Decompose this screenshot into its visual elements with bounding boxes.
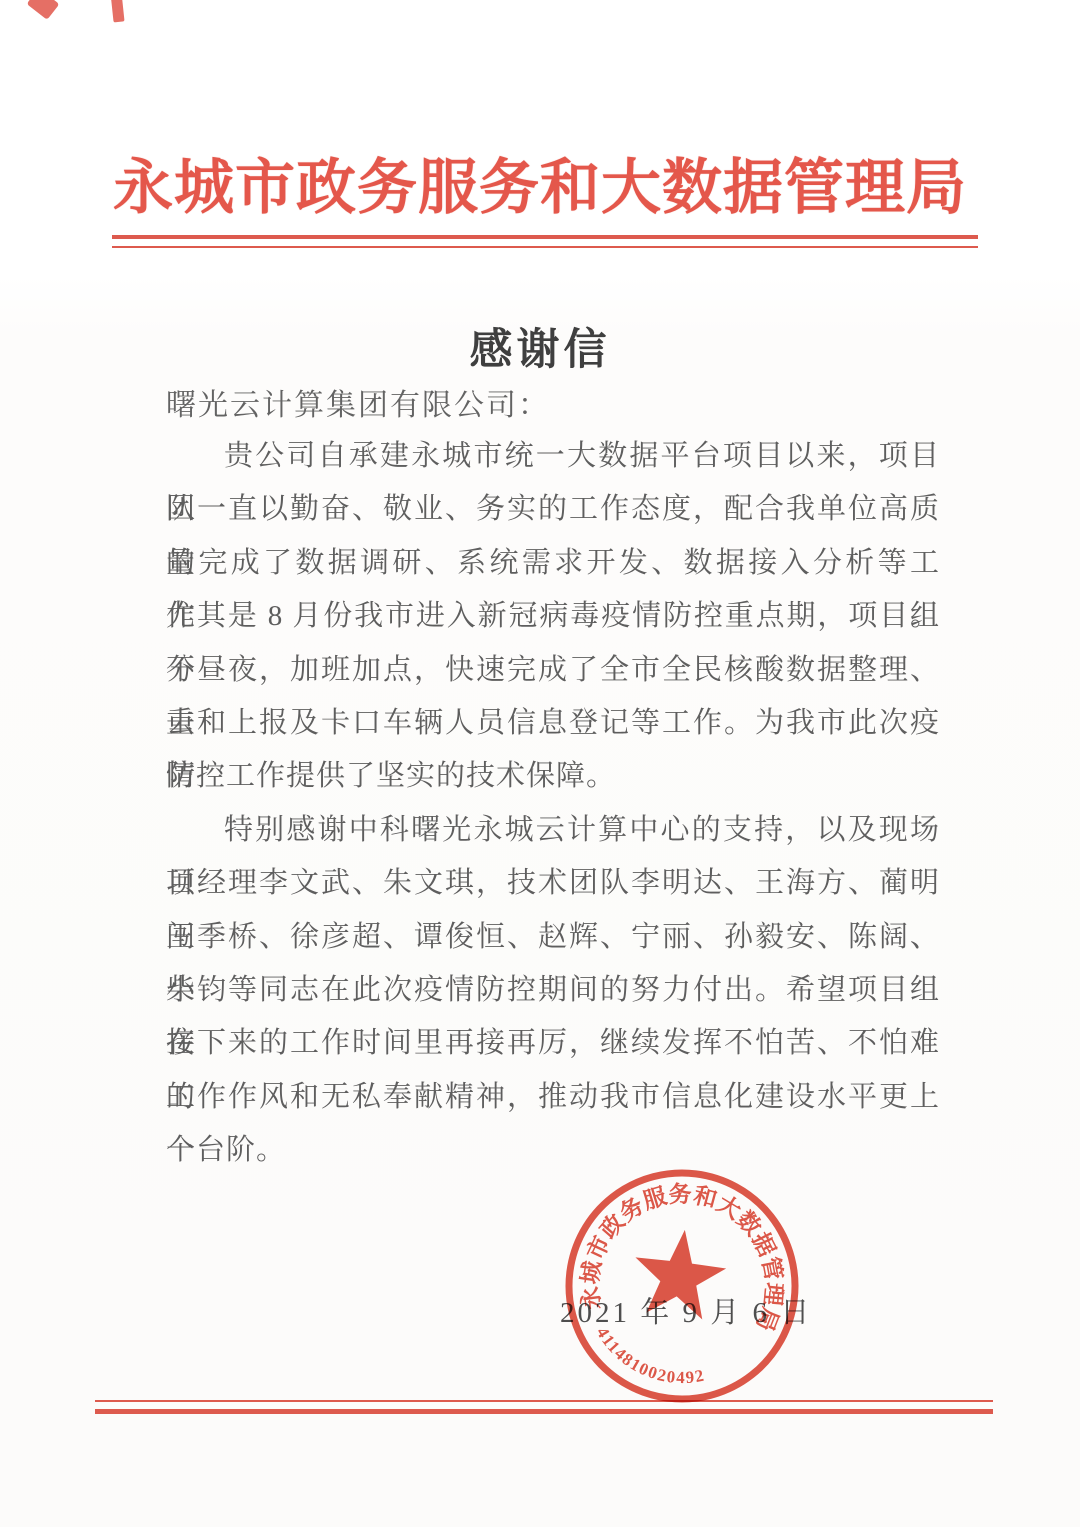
star-icon bbox=[629, 1224, 730, 1321]
body-line: 的完成了数据调研、系统需求开发、数据接入分析等工作。 bbox=[166, 537, 940, 590]
body-line: 尤其是 8 月份我市进入新冠病毒疫情防控重点期，项目组不 bbox=[166, 590, 940, 643]
body-line: 分昼夜，加班加点，快速完成了全市全民核酸数据整理、去 bbox=[166, 644, 940, 697]
official-seal-stamp: 永城市政务服务和大数据管理局 4114810020492 bbox=[537, 1141, 827, 1431]
body-line: 目经理李文武、朱文琪，技术团队李明达、王海方、蔺明闯、 bbox=[166, 857, 940, 910]
body-paragraphs: 贵公司自承建永城市统一大数据平台项目以来，项目团队一直以勤奋、敬业、务实的工作态… bbox=[166, 430, 940, 1177]
body-line: 重和上报及卡口车辆人员信息登记等工作。为我市此次疫情 bbox=[166, 697, 940, 750]
body-line: 接下来的工作时间里再接再厉，继续发挥不怕苦、不怕难的 bbox=[166, 1017, 940, 1070]
footer-rule-thick bbox=[95, 1409, 993, 1414]
letter-page: 永城市政务服务和大数据管理局 感谢信 曙光云计算集团有限公司： 贵公司自承建永城… bbox=[0, 0, 1080, 1527]
body-line: 小钧等同志在此次疫情防控期间的努力付出。希望项目组在 bbox=[166, 964, 940, 1017]
body-line: 特别感谢中科曙光永城云计算中心的支持，以及现场项 bbox=[166, 804, 940, 857]
letterhead-rule-thin bbox=[112, 246, 978, 248]
body-line: 个台阶。 bbox=[166, 1124, 940, 1177]
letter-title: 感谢信 bbox=[0, 316, 1080, 377]
letterhead-rule-thick bbox=[112, 235, 978, 239]
body-line: 队一直以勤奋、敬业、务实的工作态度，配合我单位高质量 bbox=[166, 483, 940, 536]
red-scan-artifact bbox=[110, 0, 124, 22]
body-line: 防控工作提供了坚实的技术保障。 bbox=[166, 750, 940, 803]
salutation: 曙光云计算集团有限公司： bbox=[166, 380, 550, 424]
seal-code-text: 4114810020492 bbox=[588, 1322, 713, 1391]
body-line: 王季桥、徐彦超、谭俊恒、赵辉、宁丽、孙毅安、陈阔、柴 bbox=[166, 911, 940, 964]
footer-rule-thin bbox=[95, 1400, 993, 1402]
letterhead-agency-title: 永城市政务服务和大数据管理局 bbox=[0, 140, 1080, 226]
body-line: 工作作风和无私奉献精神，推动我市信息化建设水平更上一 bbox=[166, 1071, 940, 1124]
red-scan-artifact bbox=[27, 0, 60, 20]
body-line: 贵公司自承建永城市统一大数据平台项目以来，项目团 bbox=[166, 430, 940, 483]
